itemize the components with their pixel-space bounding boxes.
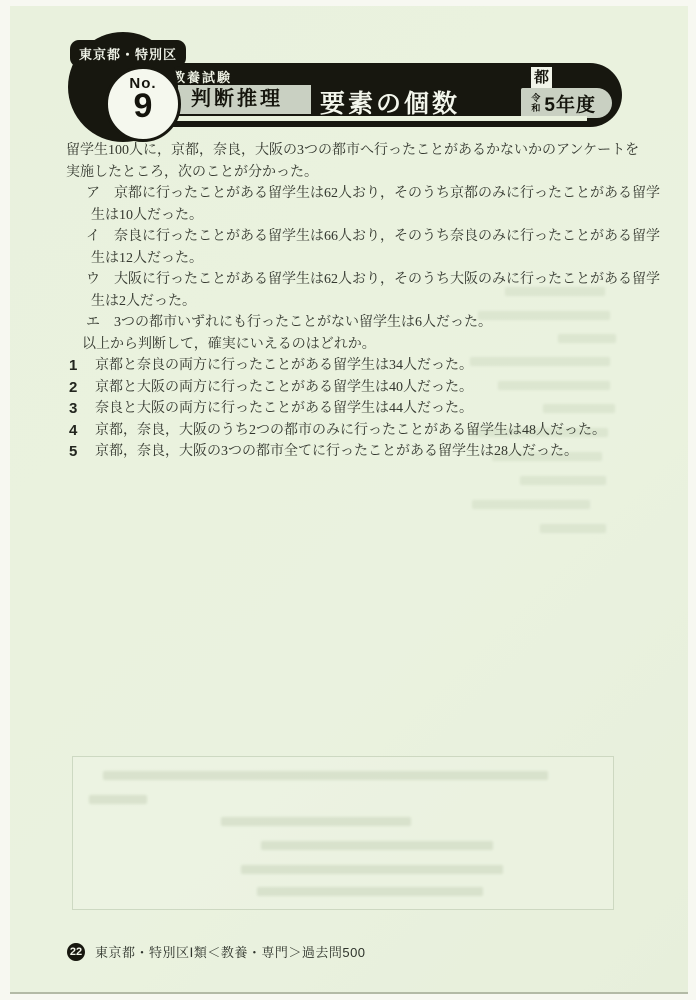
year-label: 5年度 <box>544 90 596 117</box>
bleedthrough-line <box>520 476 606 485</box>
region-tab: 東京都・特別区 <box>70 40 186 67</box>
choice-2-number: 2 <box>69 377 77 399</box>
choice-4-text: 京都，奈良，大阪のうち2つの都市のみに行ったことがある留学生は48人だった。 <box>95 423 606 438</box>
tokyo-badge: 都 <box>531 67 552 88</box>
question-title: 要素の個数 <box>270 84 510 120</box>
choice-4: 4京都，奈良，大阪のうち2つの都市のみに行ったことがある留学生は48人だった。 <box>66 420 632 442</box>
bleedthrough-line <box>89 795 147 804</box>
choice-5-text: 京都，奈良，大阪の3つの都市全てに行ったことがある留学生は28人だった。 <box>95 444 578 459</box>
condition-i-line1: イ奈良に行ったことがある留学生は66人おり，そのうち奈良のみに行ったことがある留… <box>66 226 632 248</box>
bleedthrough-line <box>540 524 606 533</box>
banner-bottom-gap <box>150 116 587 121</box>
exam-type-label: 教養試験 <box>172 67 232 86</box>
choice-1-number: 1 <box>69 355 77 377</box>
choice-5-number: 5 <box>69 441 77 463</box>
condition-i-label: イ <box>86 226 100 248</box>
choice-2-text: 京都と大阪の両方に行ったことがある留学生は40人だった。 <box>95 380 473 395</box>
bleedthrough-line <box>472 500 590 509</box>
condition-u-line1: ウ大阪に行ったことがある留学生は62人おり，そのうち大阪のみに行ったことがある留… <box>66 269 632 291</box>
condition-e-label: エ <box>86 312 100 334</box>
bleedthrough-line <box>103 771 548 780</box>
choice-2: 2京都と大阪の両方に行ったことがある留学生は40人だった。 <box>66 377 632 399</box>
choice-3-text: 奈良と大阪の両方に行ったことがある留学生は44人だった。 <box>95 401 473 416</box>
intro-line: 実施したところ，次のことが分かった。 <box>66 162 632 184</box>
condition-i-line2: 生は12人だった。 <box>66 248 632 270</box>
bleedthrough-line <box>221 817 411 826</box>
question-number: 9 <box>108 92 178 121</box>
choice-4-number: 4 <box>69 420 77 442</box>
page-number-badge: 22 <box>67 943 85 961</box>
header-banner: 教養試験 判断推理 要素の個数 都 令和 5年度 <box>150 63 622 127</box>
bleedthrough-line <box>257 887 483 896</box>
condition-a-line2: 生は10人だった。 <box>66 205 632 227</box>
era-label: 令和 <box>530 93 539 113</box>
choice-1: 1京都と奈良の両方に行ったことがある留学生は34人だった。 <box>66 355 632 377</box>
bleedthrough-line <box>241 865 503 874</box>
choice-3-number: 3 <box>69 398 77 420</box>
bleedthrough-line <box>261 841 493 850</box>
book-title: 東京都・特別区Ⅰ類＜教養・専門＞過去問500 <box>95 942 366 961</box>
intro-line: 留学生100人に，京都，奈良，大阪の3つの都市へ行ったことがあるかないかのアンケ… <box>66 140 632 162</box>
question-lead: 以上から判断して，確実にいえるのはどれか。 <box>66 334 632 356</box>
condition-u-label: ウ <box>86 269 100 291</box>
bleedthrough-box <box>72 756 614 910</box>
condition-a-label: ア <box>86 183 100 205</box>
question-number-circle: No. 9 <box>105 66 181 142</box>
scanned-book-page: { "colors": { "page_bg": "#e9f1dd", "ink… <box>0 0 696 1000</box>
year-box: 令和 5年度 <box>521 88 612 118</box>
page-footer: 22 東京都・特別区Ⅰ類＜教養・専門＞過去問500 <box>67 942 366 961</box>
condition-u-line2: 生は2人だった。 <box>66 291 632 313</box>
choice-5: 5京都，奈良，大阪の3つの都市全てに行ったことがある留学生は28人だった。 <box>66 441 632 463</box>
choice-3: 3奈良と大阪の両方に行ったことがある留学生は44人だった。 <box>66 398 632 420</box>
question-body: 留学生100人に，京都，奈良，大阪の3つの都市へ行ったことがあるかないかのアンケ… <box>66 140 632 463</box>
condition-a-line1: ア京都に行ったことがある留学生は62人おり，そのうち京都のみに行ったことがある留… <box>66 183 632 205</box>
choice-1-text: 京都と奈良の両方に行ったことがある留学生は34人だった。 <box>95 358 473 373</box>
condition-e-line1: エ3つの都市いずれにも行ったことがない留学生は6人だった。 <box>66 312 632 334</box>
